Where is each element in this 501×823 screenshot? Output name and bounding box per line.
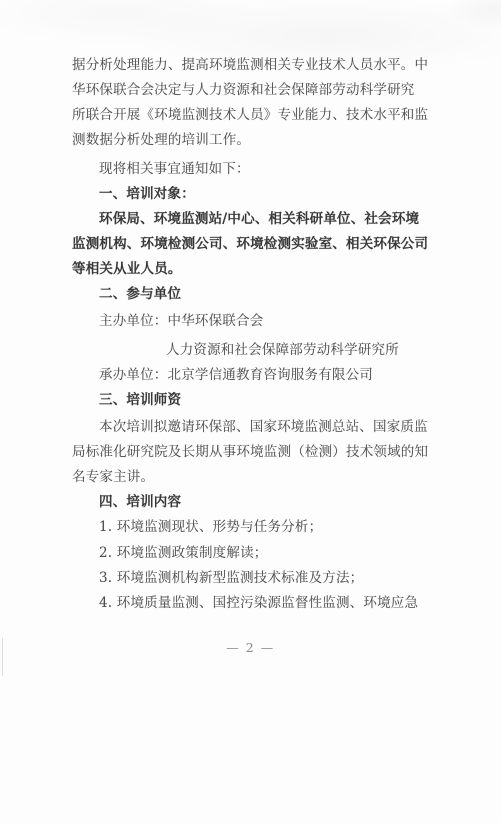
content-item-3: 3. 环境监测机构新型监测技术标准及方法； xyxy=(72,566,428,591)
content-item-2: 2. 环境监测政策制度解读； xyxy=(72,541,428,566)
content-item-4: 4. 环境质量监测、国控污染源监督性监测、环境应急 xyxy=(72,591,428,616)
scanned-document-page: 据分析处理能力、提高环境监测相关专业技术人员水平。中 华环保联合会决定与人力资源… xyxy=(0,0,501,823)
paragraph-notice-line: 现将相关事宜通知如下： xyxy=(72,157,428,182)
page-number: — 2 — xyxy=(0,640,501,655)
heading-training-content: 四、培训内容 xyxy=(72,490,428,515)
undertaker-line: 承办单位：北京学信通教育咨询服务有限公司 xyxy=(72,363,428,388)
heading-training-target: 一、培训对象： xyxy=(72,182,428,207)
training-target-line-1: 环保局、环境监测站/中心、相关科研单位、社会环境 xyxy=(72,207,428,232)
training-target-line-3: 等相关从业人员。 xyxy=(72,257,428,282)
document-body: 据分析处理能力、提高环境监测相关专业技术人员水平。中 华环保联合会决定与人力资源… xyxy=(72,53,428,616)
training-target-line-2: 监测机构、环境检测公司、环境检测实验室、相关环保公司 xyxy=(72,232,428,257)
paragraph-intro-line-3: 所联合开展《环境监测技术人员》专业能力、技术水平和监 xyxy=(72,103,428,128)
heading-participating-units: 二、参与单位 xyxy=(72,282,428,307)
heading-training-faculty: 三、培训师资 xyxy=(72,388,428,413)
faculty-line-1: 本次培训拟邀请环保部、国家环境监测总站、国家质监 xyxy=(72,415,428,440)
faculty-line-2: 局标准化研究院及长期从事环境监测（检测）技术领域的知 xyxy=(72,440,428,465)
paragraph-intro-line-2: 华环保联合会决定与人力资源和社会保障部劳动科学研究 xyxy=(72,78,428,103)
organizer-line-1: 主办单位：中华环保联合会 xyxy=(72,309,428,334)
faculty-line-3: 名专家主讲。 xyxy=(72,465,428,490)
paragraph-intro-line-4: 测数据分析处理的培训工作。 xyxy=(72,128,428,153)
paragraph-intro-line-1: 据分析处理能力、提高环境监测相关专业技术人员水平。中 xyxy=(72,53,428,78)
organizer-line-2: 人力资源和社会保障部劳动科学研究所 xyxy=(72,338,428,363)
content-item-1: 1. 环境监测现状、形势与任务分析； xyxy=(72,515,428,540)
